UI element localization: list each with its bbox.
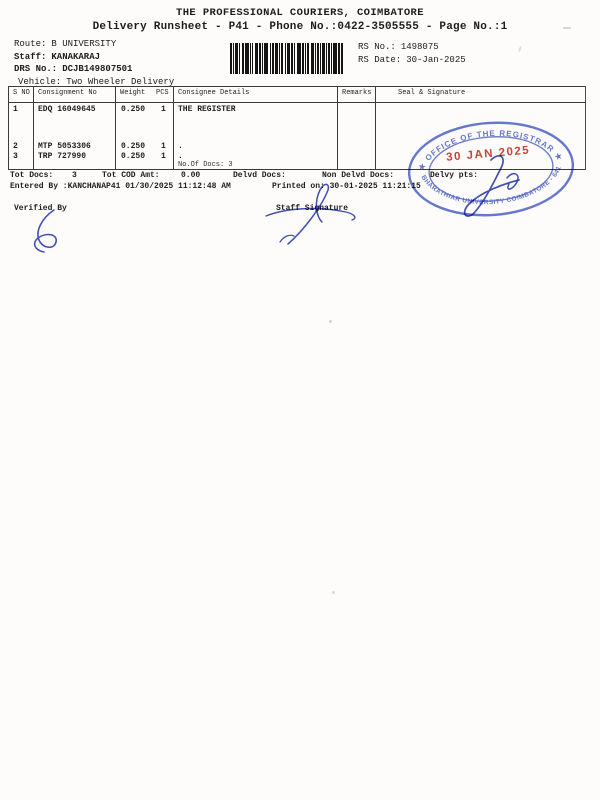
row1-sno: 1 bbox=[13, 105, 18, 114]
header-weight-pcs: Weight PCS bbox=[116, 87, 173, 103]
header-consignee: Consignee Details bbox=[174, 87, 337, 103]
row1-consignee: THE REGISTER bbox=[178, 105, 236, 114]
docs-note: No.Of Docs: 3 bbox=[178, 161, 233, 169]
header-consignment: Consignment No bbox=[34, 87, 115, 103]
row2-consignment: MTP 5053306 bbox=[38, 142, 91, 151]
row3-consignee: . bbox=[178, 152, 183, 161]
row2-consignee: . bbox=[178, 142, 183, 151]
header-remarks: Remarks bbox=[338, 87, 375, 103]
cells-weight-pcs: 0.250 1 0.250 1 0.250 1 bbox=[116, 103, 173, 169]
staff-signature-scribble bbox=[260, 178, 375, 248]
row2-sno: 2 bbox=[13, 142, 18, 151]
cells-consignment: EDQ 16049645 MTP 5053306 TRP 727990 bbox=[34, 103, 115, 169]
cells-remarks bbox=[338, 103, 375, 169]
scan-artifact bbox=[518, 46, 522, 52]
scan-artifact bbox=[332, 591, 335, 594]
scan-artifact bbox=[329, 320, 332, 323]
column-weight-pcs: Weight PCS 0.250 1 0.250 1 0.250 1 bbox=[115, 87, 173, 169]
rs-date-line: RS Date:30-Jan-2025 bbox=[358, 55, 466, 65]
header-sno: S NO bbox=[9, 87, 33, 103]
rs-no-value: 1498075 bbox=[401, 42, 439, 52]
cod-label: Tot COD Amt: bbox=[102, 171, 160, 180]
rs-date-label: RS Date: bbox=[358, 55, 401, 65]
cells-consignee: THE REGISTER . . No.Of Docs: 3 bbox=[174, 103, 337, 169]
rs-date-value: 30-Jan-2025 bbox=[406, 55, 465, 65]
row1-pcs: 1 bbox=[161, 105, 166, 114]
row2-pcs: 1 bbox=[161, 142, 166, 151]
column-consignment: Consignment No EDQ 16049645 MTP 5053306 … bbox=[33, 87, 115, 169]
staff-line: Staff:KANAKARAJ bbox=[14, 52, 100, 62]
company-title: THE PROFESSIONAL COURIERS, COIMBATORE bbox=[0, 7, 600, 19]
row3-pcs: 1 bbox=[161, 152, 166, 161]
drs-label: DRS No.: bbox=[14, 64, 57, 74]
consignment-barcode bbox=[230, 43, 344, 74]
column-sno: S NO 1 2 3 bbox=[8, 87, 33, 169]
tot-docs-label: Tot Docs: bbox=[10, 171, 53, 180]
drs-line: DRS No.:DCJB149807501 bbox=[14, 64, 132, 74]
row3-consignment: TRP 727990 bbox=[38, 152, 86, 161]
header-seal: Seal & Signature bbox=[376, 87, 585, 103]
row3-weight: 0.250 bbox=[121, 152, 145, 161]
route-value: B UNIVERSITY bbox=[51, 39, 116, 49]
staff-label: Staff: bbox=[14, 52, 46, 62]
entered-by: Entered By :KANCHANAP41 01/30/2025 11:12… bbox=[10, 182, 231, 191]
delivery-runsheet-document: THE PROFESSIONAL COURIERS, COIMBATORE De… bbox=[0, 0, 600, 800]
row1-weight: 0.250 bbox=[121, 105, 145, 114]
column-remarks: Remarks bbox=[337, 87, 375, 169]
header-weight: Weight bbox=[120, 89, 145, 97]
cells-sno: 1 2 3 bbox=[9, 103, 33, 169]
row3-sno: 3 bbox=[13, 152, 18, 161]
row1-consignment: EDQ 16049645 bbox=[38, 105, 96, 114]
header-pcs: PCS bbox=[156, 89, 169, 97]
tot-docs-value: 3 bbox=[72, 171, 77, 180]
verified-signature bbox=[24, 208, 72, 254]
registrar-signature bbox=[455, 150, 540, 225]
drs-value: DCJB149807501 bbox=[62, 64, 132, 74]
rs-no-line: RS No.:1498075 bbox=[358, 42, 439, 52]
staff-value: KANAKARAJ bbox=[51, 52, 100, 62]
rs-no-label: RS No.: bbox=[358, 42, 396, 52]
cod-value: 0.00 bbox=[181, 171, 200, 180]
row2-weight: 0.250 bbox=[121, 142, 145, 151]
runsheet-subtitle: Delivery Runsheet - P41 - Phone No.:0422… bbox=[0, 21, 600, 33]
route-label: Route: bbox=[14, 39, 46, 49]
route-line: Route:B UNIVERSITY bbox=[14, 39, 116, 49]
scan-artifact bbox=[563, 27, 571, 29]
column-consignee: Consignee Details THE REGISTER . . No.Of… bbox=[173, 87, 337, 169]
